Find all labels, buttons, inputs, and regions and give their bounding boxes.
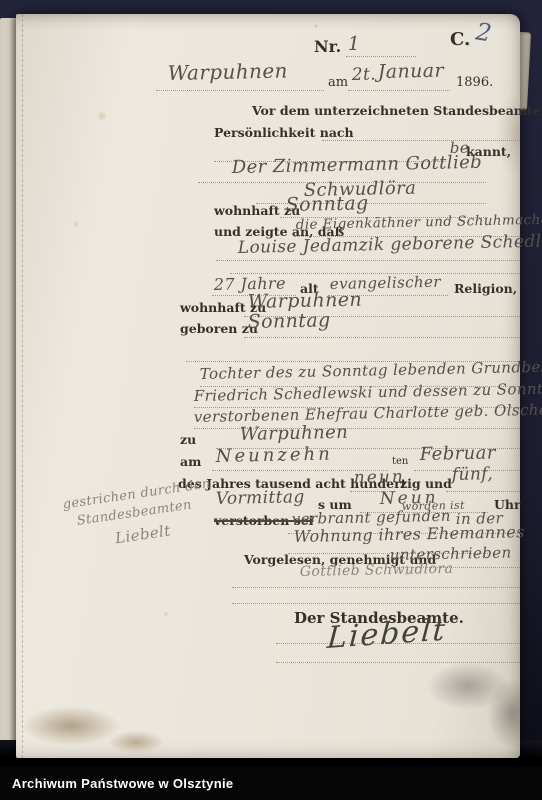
archive-name-label: Archiwum Państwowe w Olsztynie: [12, 776, 233, 791]
ruled-line: [232, 603, 520, 604]
death-time-of-day: Vormittag: [216, 488, 305, 509]
record-number-label: Nr.: [314, 38, 341, 56]
ruled-line: [446, 491, 520, 492]
record-number-value: 1: [348, 34, 361, 55]
death-day-label: am: [180, 455, 201, 469]
ruled-line: [322, 140, 520, 141]
death-year-hand-2: fünf,: [452, 465, 494, 485]
binding-stitch-line: [22, 14, 23, 758]
ruled-line: [244, 337, 520, 338]
deceased-birthplace-value: Sonntag: [248, 310, 331, 333]
ruled-line: [276, 662, 520, 663]
death-month-value: Februar: [420, 443, 496, 464]
record-day: 2t.: [352, 65, 377, 84]
correction-text-3: Wohnung ihres Ehemannes: [294, 523, 525, 545]
ruled-line: [232, 587, 520, 588]
facing-page-edge: [0, 18, 17, 758]
death-place-value: Warpuhnen: [240, 423, 349, 445]
record-place: Warpuhnen: [168, 59, 289, 84]
corner-page-number: 2: [474, 18, 494, 47]
ten-suffix-label: ten: [392, 456, 408, 467]
am-label: am: [328, 76, 348, 90]
intro-line-2: Persönlichkeit nach: [214, 126, 354, 140]
record-year: 1896.: [456, 76, 493, 90]
declarant-name-line-1: Der Zimmermann Gottlieb: [232, 153, 483, 178]
archive-watermark-bar: Archiwum Państwowe w Olsztynie: [0, 766, 542, 800]
ruled-line: [156, 90, 324, 91]
margin-note-signature: Liebelt: [114, 523, 172, 547]
death-day-value: Neunzehn: [216, 445, 333, 467]
ruled-line: [348, 90, 450, 91]
death-place-label: zu: [180, 433, 196, 447]
declarant-residence-value: Sonntag: [286, 193, 369, 216]
declarant-signature: Gottlieb Schwudlöra: [300, 562, 454, 581]
record-month: Januar: [378, 61, 445, 83]
scanned-register-page: C. 2 Nr. 1 Warpuhnen am 2t. Januar 1896.…: [0, 0, 542, 800]
registrar-signature: Liebelt: [326, 613, 448, 655]
death-year-hand-1: neun: [354, 468, 405, 488]
corner-letter: C.: [450, 30, 470, 50]
deceased-birthplace-label: geboren zu: [180, 322, 258, 336]
ruled-line: [216, 260, 520, 261]
document-page: C. 2 Nr. 1 Warpuhnen am 2t. Januar 1896.…: [16, 14, 520, 758]
religion-label: Religion,: [454, 282, 517, 296]
deceased-occupation: die Eigenkäthner und Schuhmacherfrau: [296, 212, 542, 233]
parents-line-3: verstorbenen Ehefrau Charlotte geb. Olsc…: [194, 401, 542, 426]
intro-line-1: Vor dem unterzeichneten Standesbeamten e…: [252, 104, 542, 118]
ruled-line: [346, 56, 416, 57]
